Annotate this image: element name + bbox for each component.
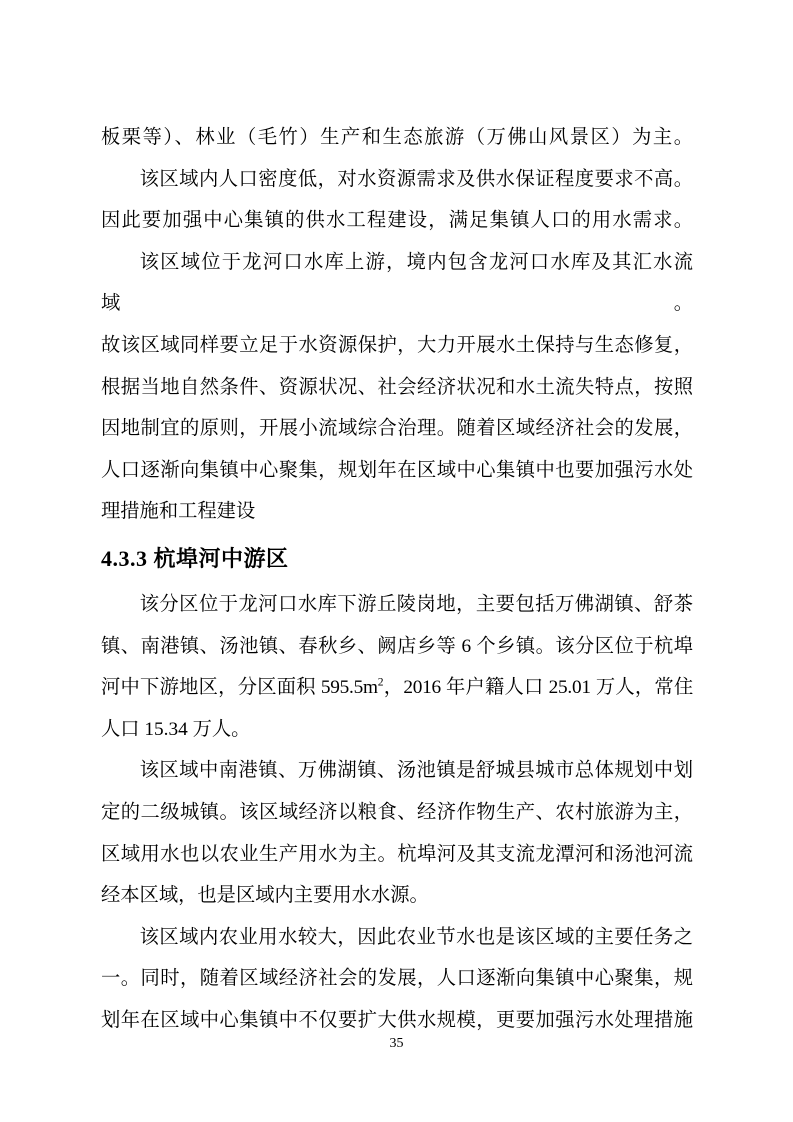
page-number: 35: [0, 1036, 793, 1052]
text-line: 因地制宜的原则，开展小流域综合治理。随着区域经济社会的发展，: [101, 408, 693, 450]
text-line: 定的二级城镇。该区域经济以粮食、经济作物生产、农村旅游为主，: [101, 792, 693, 834]
text-line: 该区域位于龙河口水库上游，境内包含龙河口水库及其汇水流域。: [101, 242, 693, 325]
text-line: 河中下游地区，分区面积 595.5m2，2016 年户籍人口 25.01 万人，…: [101, 667, 693, 709]
text-line: 根据当地自然条件、资源状况、社会经济状况和水土流失特点，按照: [101, 367, 693, 409]
text-line: 一。同时，随着区域经济社会的发展，人口逐渐向集镇中心聚集，规: [101, 958, 693, 1000]
section-heading: 4.3.3 杭埠河中游区: [101, 538, 693, 580]
document-page: 板栗等）、林业（毛竹）生产和生态旅游（万佛山风景区）为主。 该区域内人口密度低，…: [0, 0, 793, 1122]
text-line: 经本区域，也是区域内主要用水水源。: [101, 875, 693, 917]
paragraph: 该区域中南港镇、万佛湖镇、汤池镇是舒城县城市总体规划中划 定的二级城镇。该区域经…: [101, 750, 693, 916]
text-line: 该分区位于龙河口水库下游丘陵岗地，主要包括万佛湖镇、舒茶: [101, 584, 693, 626]
text-segment: ，2016 年户籍人口 25.01 万人，常住: [383, 677, 693, 698]
text-content: 板栗等）、林业（毛竹）生产和生态旅游（万佛山风景区）为主。 该区域内人口密度低，…: [101, 117, 693, 1041]
text-line: 理措施和工程建设: [101, 491, 693, 533]
paragraph: 板栗等）、林业（毛竹）生产和生态旅游（万佛山风景区）为主。: [101, 117, 693, 159]
text-line: 该区域中南港镇、万佛湖镇、汤池镇是舒城县城市总体规划中划: [101, 750, 693, 792]
text-line: 故该区域同样要立足于水资源保护，大力开展水土保持与生态修复，: [101, 325, 693, 367]
text-line: 镇、南港镇、汤池镇、春秋乡、阙店乡等 6 个乡镇。该分区位于杭埠: [101, 626, 693, 668]
paragraph: 该区域位于龙河口水库上游，境内包含龙河口水库及其汇水流域。 故该区域同样要立足于…: [101, 242, 693, 533]
text-line: 因此要加强中心集镇的供水工程建设，满足集镇人口的用水需求。: [101, 200, 693, 242]
paragraph: 该区域内农业用水较大，因此农业节水也是该区域的主要任务之 一。同时，随着区域经济…: [101, 917, 693, 1042]
text-segment: 河中下游地区，分区面积 595.5m: [101, 677, 378, 698]
text-line: 人口 15.34 万人。: [101, 709, 693, 751]
text-line: 人口逐渐向集镇中心聚集，规划年在区域中心集镇中也要加强污水处: [101, 450, 693, 492]
text-line: 区域用水也以农业生产用水为主。杭埠河及其支流龙潭河和汤池河流: [101, 834, 693, 876]
text-line: 该区域内农业用水较大，因此农业节水也是该区域的主要任务之: [101, 917, 693, 959]
paragraph: 该区域内人口密度低，对水资源需求及供水保证程度要求不高。 因此要加强中心集镇的供…: [101, 159, 693, 242]
paragraph: 该分区位于龙河口水库下游丘陵岗地，主要包括万佛湖镇、舒茶 镇、南港镇、汤池镇、春…: [101, 584, 693, 750]
text-line: 该区域内人口密度低，对水资源需求及供水保证程度要求不高。: [101, 159, 693, 201]
text-line: 板栗等）、林业（毛竹）生产和生态旅游（万佛山风景区）为主。: [101, 117, 693, 159]
